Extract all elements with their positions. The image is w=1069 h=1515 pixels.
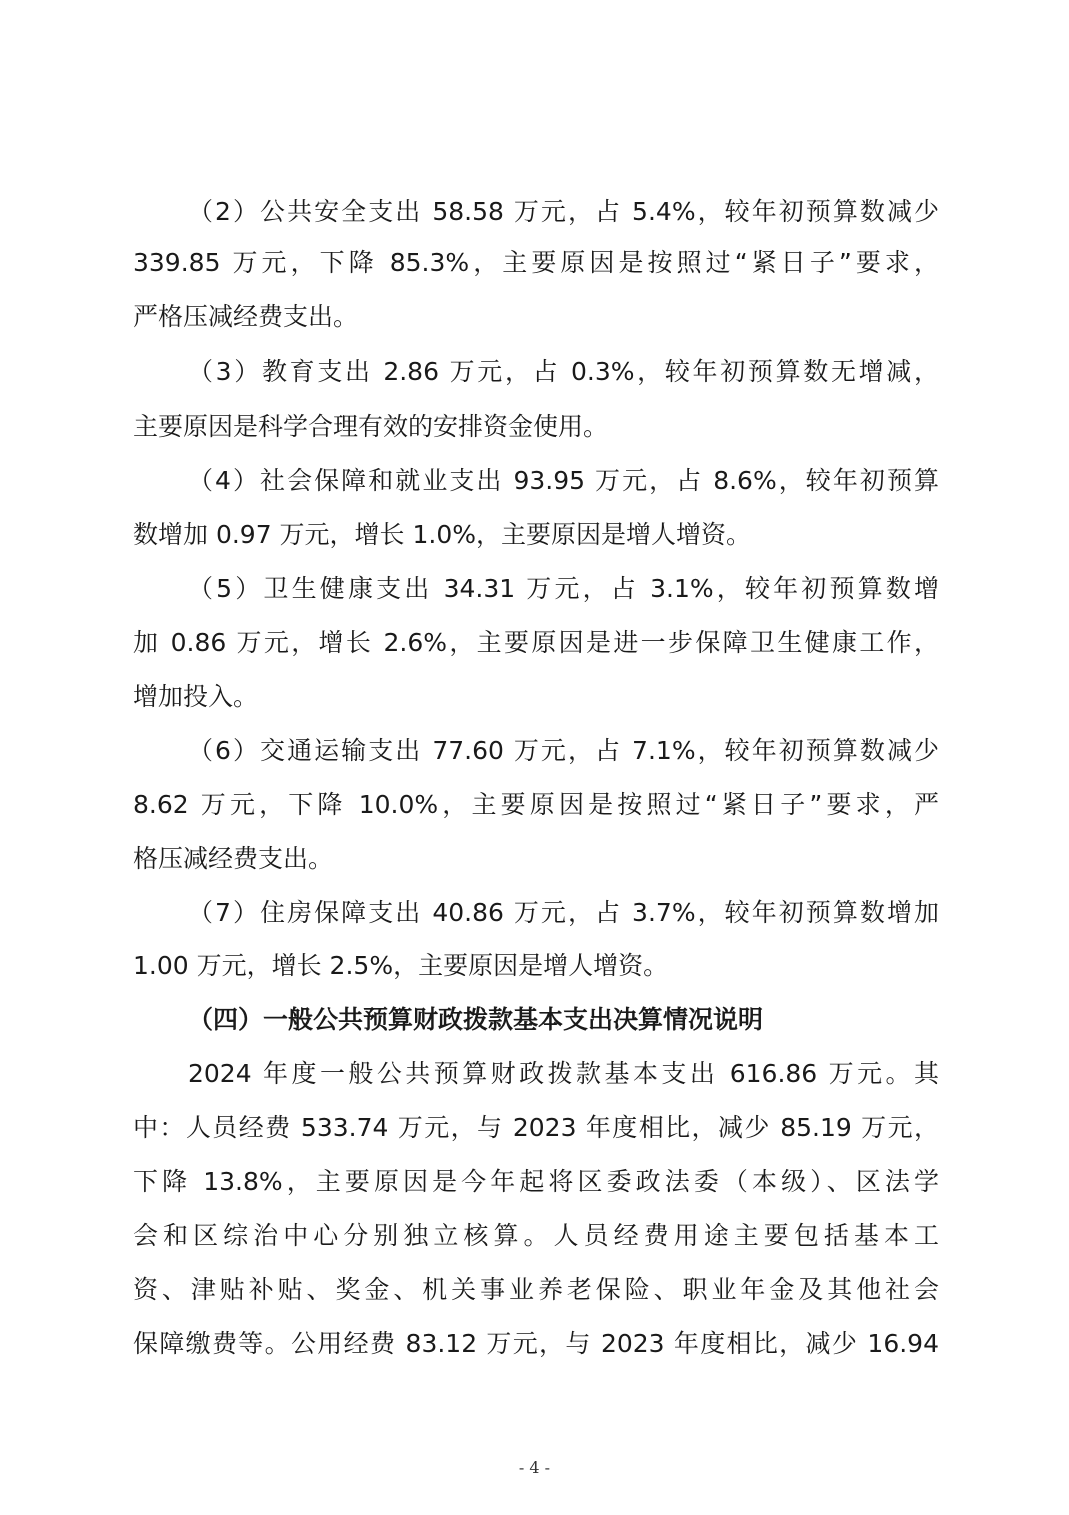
text-line: 1.00 万元，增长 2.5%，主要原因是增人增资。 <box>133 946 939 986</box>
text-line: 加 0.86 万元，增长 2.6%，主要原因是进一步保障卫生健康工作， <box>133 623 939 663</box>
text-line: 中：人员经费 533.74 万元，与 2023 年度相比，减少 85.19 万元… <box>133 1108 939 1148</box>
text-line: （6）交通运输支出 77.60 万元，占 7.1%，较年初预算数减少 <box>188 731 939 771</box>
text-line: 保障缴费等。公用经费 83.12 万元，与 2023 年度相比，减少 16.94 <box>133 1324 939 1364</box>
text-line: 主要原因是科学合理有效的安排资金使用。 <box>133 407 939 447</box>
document-page: （2）公共安全支出 58.58 万元，占 5.4%，较年初预算数减少339.85… <box>0 0 1069 1515</box>
text-line: （7）住房保障支出 40.86 万元，占 3.7%，较年初预算数增加 <box>188 893 939 933</box>
text-line: 格压减经费支出。 <box>133 839 939 879</box>
text-line: 数增加 0.97 万元，增长 1.0%，主要原因是增人增资。 <box>133 515 939 555</box>
text-line: （4）社会保障和就业支出 93.95 万元，占 8.6%，较年初预算 <box>188 461 939 501</box>
section-heading: （四）一般公共预算财政拨款基本支出决算情况说明 <box>188 1000 939 1040</box>
text-line: 增加投入。 <box>133 677 939 717</box>
text-line: （2）公共安全支出 58.58 万元，占 5.4%，较年初预算数减少 <box>188 192 939 232</box>
text-line: 会和区综治中心分别独立核算。人员经费用途主要包括基本工 <box>133 1216 939 1256</box>
text-line: 资、津贴补贴、奖金、机关事业养老保险、职业年金及其他社会 <box>133 1270 939 1310</box>
text-line: （3）教育支出 2.86 万元，占 0.3%，较年初预算数无增减， <box>188 352 939 392</box>
text-line: 2024 年度一般公共预算财政拨款基本支出 616.86 万元。其 <box>188 1054 939 1094</box>
text-line: （5）卫生健康支出 34.31 万元，占 3.1%，较年初预算数增 <box>188 569 939 609</box>
text-line: 严格压减经费支出。 <box>133 297 939 337</box>
text-line: 下降 13.8%，主要原因是今年起将区委政法委（本级）、区法学 <box>133 1162 939 1202</box>
text-line: 339.85 万元，下降 85.3%，主要原因是按照过“紧日子”要求， <box>133 243 939 283</box>
text-line: 8.62 万元，下降 10.0%，主要原因是按照过“紧日子”要求，严 <box>133 785 939 825</box>
page-number: - 4 - <box>0 1458 1069 1477</box>
